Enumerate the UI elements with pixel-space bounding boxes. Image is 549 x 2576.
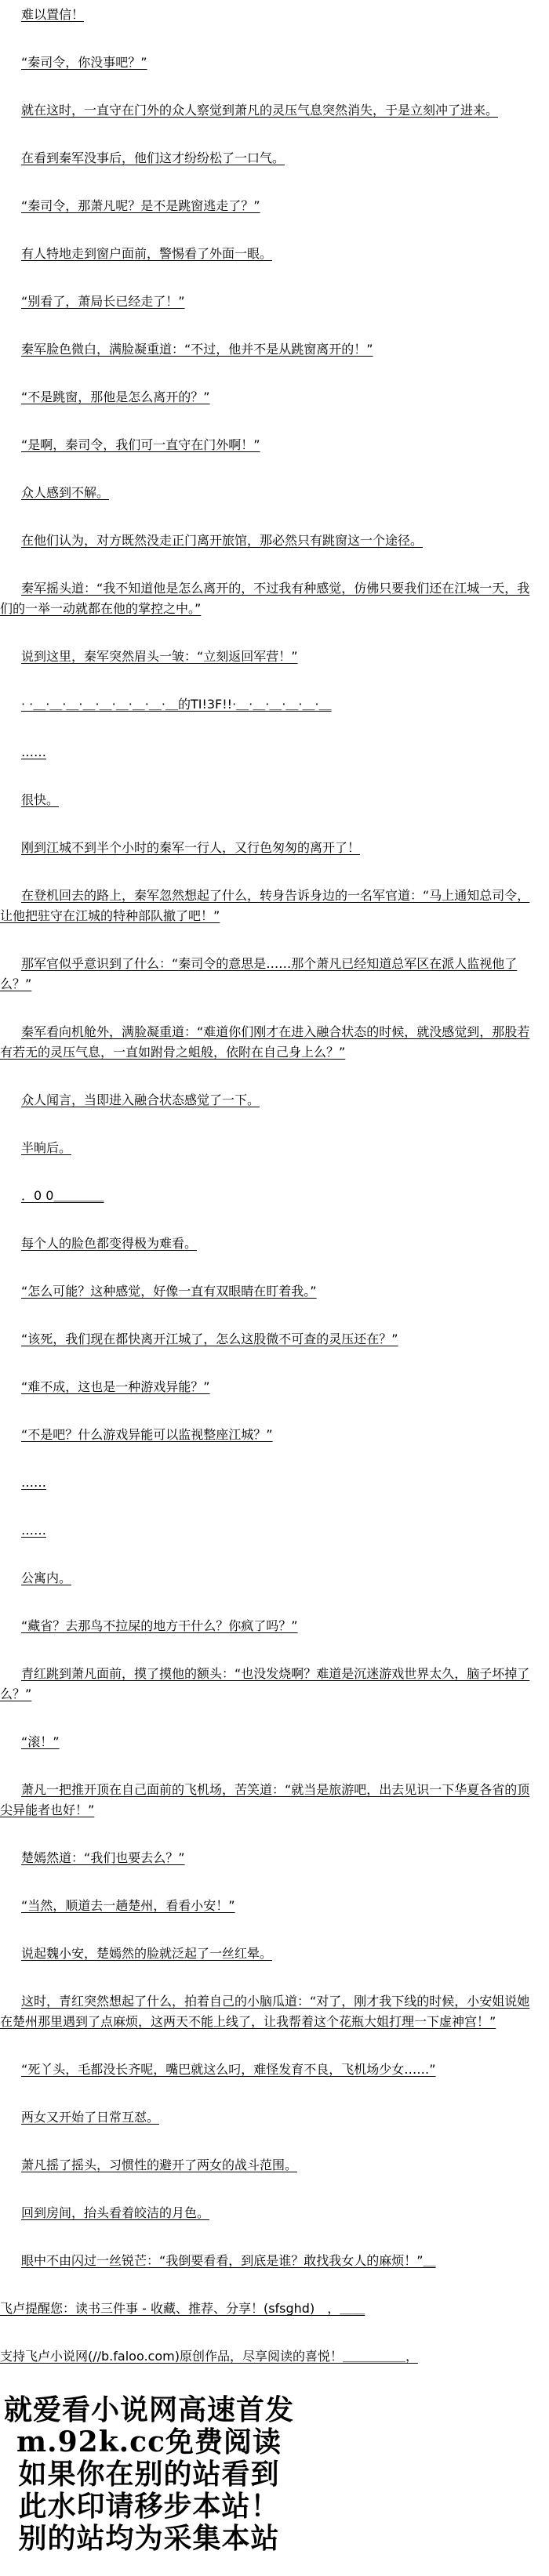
novel-paragraph: 每个人的脸色都变得极为难看。 bbox=[0, 1234, 541, 1254]
novel-paragraph: 刚到江城不到半个小时的秦军一行人，又行色匆匆的离开了！ bbox=[0, 838, 541, 858]
novel-paragraph: “该死，我们现在都快离开江城了，怎么这股微不可查的灵压还在？” bbox=[0, 1329, 541, 1350]
watermark-line: 就爱看小说网高速首发 bbox=[0, 2394, 298, 2426]
novel-paragraph: 很快。 bbox=[0, 790, 541, 810]
novel-paragraph: 萧凡摇了摇头，习惯性的避开了两女的战斗范围。 bbox=[0, 2155, 541, 2176]
novel-paragraph: “滚！” bbox=[0, 1732, 541, 1752]
novel-paragraph: “不是跳窗，那他是怎么离开的？” bbox=[0, 387, 541, 408]
novel-paragraph: 公寓内。 bbox=[0, 1568, 541, 1589]
novel-paragraph: “是啊，秦司令，我们可一直守在门外啊！” bbox=[0, 435, 541, 455]
novel-paragraph: 众人感到不解。 bbox=[0, 483, 541, 503]
novel-paragraph: 说起魏小安，楚嫣然的脸就泛起了一丝红晕。 bbox=[0, 1944, 541, 1964]
novel-paragraph: 在他们认为，对方既然没走正门离开旅馆，那必然只有跳窗这一个途径。 bbox=[0, 531, 541, 551]
novel-paragraph: “别看了，萧局长已经走了！” bbox=[0, 292, 541, 312]
novel-text-body: 难以置信！“秦司令，你没事吧？”就在这时，一直守在门外的众人察觉到萧凡的灵压气息… bbox=[0, 5, 541, 2271]
novel-paragraph: 在看到秦军没事后，他们这才纷纷松了一口气。 bbox=[0, 148, 541, 168]
novel-paragraph: ．0 0＿＿＿＿ bbox=[0, 1186, 541, 1206]
novel-paragraph: 回到房间，抬头看着皎洁的月色。 bbox=[0, 2203, 541, 2223]
novel-paragraph: 众人闻言，当即进入融合状态感觉了一下。 bbox=[0, 1090, 541, 1110]
novel-paragraph: “难不成，这也是一种游戏异能？” bbox=[0, 1377, 541, 1397]
novel-paragraph: 秦军脸色微白，满脸凝重道：“不过，他并不是从跳窗离开的！” bbox=[0, 339, 541, 360]
watermark-line: 别的站均为采集本站 bbox=[0, 2523, 298, 2555]
novel-paragraph: 萧凡一把推开顶在自己面前的飞机场，苦笑道：“就当是旅游吧，出去见识一下华夏各省的… bbox=[0, 1780, 541, 1821]
novel-paragraph: …… bbox=[0, 742, 541, 763]
novel-paragraph: …… bbox=[0, 1473, 541, 1493]
novel-paragraph: 就在这时，一直守在门外的众人察觉到萧凡的灵压气息突然消失，于是立刻冲了进来。 bbox=[0, 100, 541, 121]
novel-paragraph: “当然，顺道去一趟楚州，看看小安！” bbox=[0, 1896, 541, 1916]
pirate-site-watermark: 就爱看小说网高速首发m.92k.cc免费阅读如果你在别的站看到此水印请移步本站！… bbox=[0, 2394, 298, 2555]
watermark-line: 此水印请移步本站！ bbox=[0, 2491, 298, 2523]
novel-paragraph: 说到这里，秦军突然眉头一皱：“立刻返回军营！” bbox=[0, 647, 541, 667]
novel-paragraph: “死丫头，毛都没长齐呢，嘴巴就这么叼，难怪发育不良，飞机场少女……” bbox=[0, 2060, 541, 2080]
novel-paragraph: 秦军摇头道：“我不知道他是怎么离开的，不过我有种感觉，仿佛只要我们还在江城一天，… bbox=[0, 578, 541, 619]
novel-page: 难以置信！“秦司令，你没事吧？”就在这时，一直守在门外的众人察觉到萧凡的灵压气息… bbox=[0, 0, 549, 2555]
novel-paragraph: “秦司令，你没事吧？” bbox=[0, 53, 541, 73]
novel-paragraph: 在登机回去的路上，秦军忽然想起了什么，转身告诉身边的一名军官道：“马上通知总司令… bbox=[0, 886, 541, 926]
novel-paragraph: 楚嫣然道：“我们也要去么？” bbox=[0, 1848, 541, 1868]
novel-paragraph: 青红跳到萧凡面前，摸了摸他的额头：“也没发烧啊？难道是沉迷游戏世界太久，脑子坏掉… bbox=[0, 1664, 541, 1705]
novel-paragraph: “藏省？去那鸟不拉屎的地方干什么？你疯了吗？” bbox=[0, 1616, 541, 1636]
faloo-reminder-line: 飞卢提醒您：读书三件事 - 收藏、推荐、分享！(sfsghd) ，＿＿ bbox=[0, 2299, 541, 2319]
novel-paragraph: “怎么可能？这种感觉，好像一直有双眼睛在盯着我。” bbox=[0, 1281, 541, 1302]
novel-paragraph: …… bbox=[0, 1520, 541, 1541]
faloo-support-line: 支持飞卢小说网(//b.faloo.com)原创作品，尽享阅读的喜悦！＿＿＿＿＿… bbox=[0, 2346, 541, 2367]
novel-paragraph: 两女又开始了日常互怼。 bbox=[0, 2107, 541, 2128]
novel-paragraph: 有人特地走到窗户面前，警惕看了外面一眼。 bbox=[0, 244, 541, 264]
novel-paragraph: 秦军看向机舱外，满脸凝重道：“难道你们刚才在进入融合状态的时候，就没感觉到，那股… bbox=[0, 1022, 541, 1063]
novel-paragraph: “秦司令，那萧凡呢？是不是跳窗逃走了？” bbox=[0, 196, 541, 216]
watermark-line: 如果你在别的站看到 bbox=[0, 2458, 298, 2491]
novel-paragraph: 难以置信！ bbox=[0, 5, 541, 25]
novel-paragraph: 眼中不由闪过一丝锐芒：“我倒要看看，到底是谁？敢找我女人的麻烦！”＿ bbox=[0, 2251, 541, 2271]
novel-paragraph: 那军官似乎意识到了什么：“秦司令的意思是……那个萧凡已经知道总军区在派人监视他了… bbox=[0, 954, 541, 995]
novel-paragraph: 半晌后。 bbox=[0, 1138, 541, 1158]
novel-paragraph: · ·＿·＿·＿·＿·＿·＿·＿·＿·＿的TI!3F!!·＿·＿·＿·＿·＿·＿ bbox=[0, 694, 541, 715]
novel-paragraph: 这时，青红突然想起了什么，拍着自己的小脑瓜道：“对了，刚才我下线的时候，小安姐说… bbox=[0, 1991, 541, 2032]
watermark-line: m.92k.cc免费阅读 bbox=[0, 2426, 298, 2458]
novel-paragraph: “不是吧？什么游戏异能可以监视整座江城？” bbox=[0, 1425, 541, 1445]
